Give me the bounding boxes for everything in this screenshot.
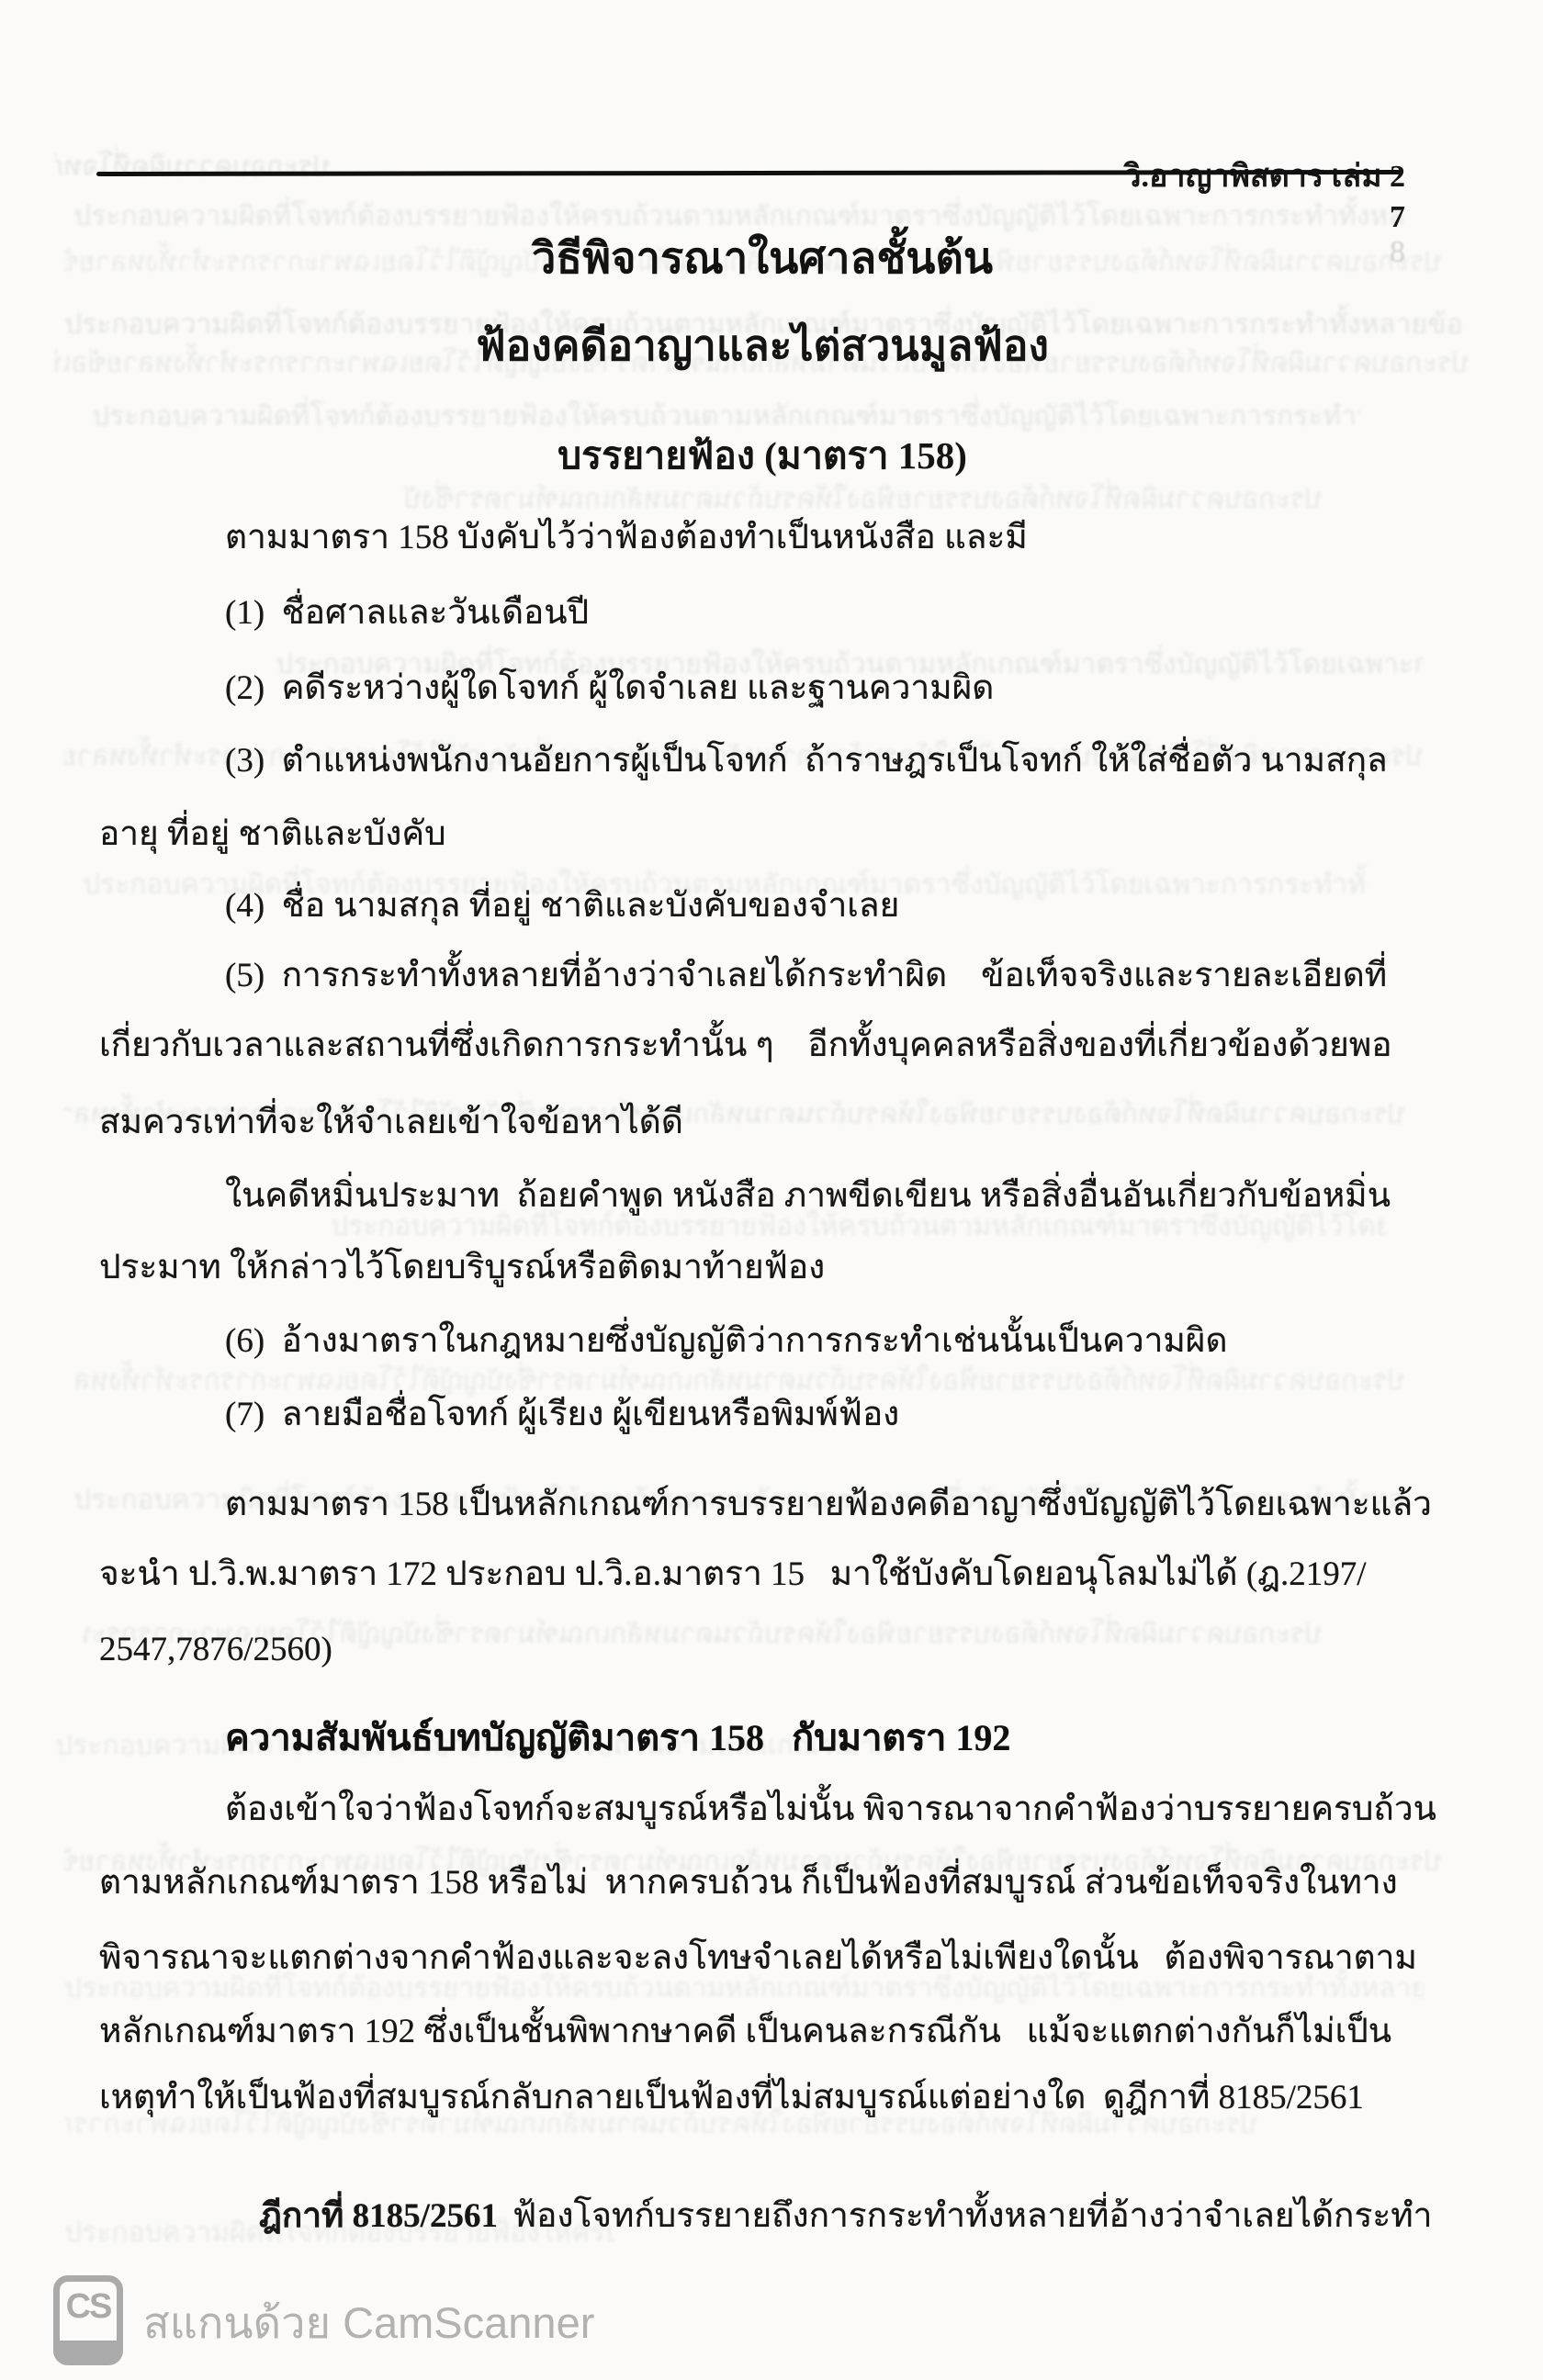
body-line: เกี่ยวกับเวลาและสถานที่ซึ่งเกิดการกระทำน… xyxy=(99,1025,1391,1067)
body-line-item-1: (1) ชื่อศาลและวันเดือนปี xyxy=(225,592,589,634)
body-line: เหตุทำให้เป็นฟ้องที่สมบูรณ์กลับกลายเป็นฟ… xyxy=(99,2077,1364,2119)
camscanner-logo-icon: CS xyxy=(53,2275,123,2365)
relation-heading: ความสัมพันธ์บทบัญญัติมาตรา 158 กับมาตรา … xyxy=(225,1715,1010,1761)
body-line-item-5: (5) การกระทำทั้งหลายที่อ้างว่าจำเลยได้กร… xyxy=(225,955,1387,997)
body-line: หลักเกณฑ์มาตรา 192 ซึ่งเป็นชั้นพิพากษาคด… xyxy=(99,2011,1391,2053)
section-heading: บรรยายฟ้อง (มาตรา 158) xyxy=(0,426,1525,486)
chapter-title: วิธีพิจารณาในศาลชั้นต้น xyxy=(0,223,1525,292)
supreme-court-case-line: ฎีกาที่ 8185/2561ฟ้องโจทก์บรรยายถึงการกร… xyxy=(225,2153,1432,2281)
body-line: จะนำ ป.วิ.พ.มาตรา 172 ประกอบ ป.วิ.อ.มาตร… xyxy=(99,1554,1367,1596)
scan-credit-text: สแกนด้วย CamScanner xyxy=(143,2288,594,2357)
body-line-item-4: (4) ชื่อ นามสกุล ที่อยู่ ชาติและบังคับขอ… xyxy=(225,885,899,927)
case-line-rest: ฟ้องโจทก์บรรยายถึงการกระทำทั้งหลายที่อ้า… xyxy=(512,2197,1432,2235)
book-title: วิ.อาญาพิสดาร เล่ม 2 xyxy=(1123,160,1405,194)
case-number-lead: ฎีกาที่ 8185/2561 xyxy=(259,2197,498,2235)
body-line-item-3: (3) ตำแหน่งพนักงานอัยการผู้เป็นโจทก์ ถ้า… xyxy=(225,740,1388,782)
body-line: ประมาท ให้กล่าวไว้โดยบริบูรณ์หรือติดมาท้… xyxy=(99,1247,825,1289)
body-line: พิจารณาจะแตกต่างจากคำฟ้องและจะลงโทษจำเลย… xyxy=(99,1937,1417,1980)
body-line: อายุ ที่อยู่ ชาติและบังคับ xyxy=(99,814,446,856)
camscanner-watermark: CS สแกนด้วย CamScanner xyxy=(53,2275,594,2365)
body-line: ในคดีหมิ่นประมาท ถ้อยคำพูด หนังสือ ภาพขี… xyxy=(225,1175,1391,1218)
body-line-item-7: (7) ลายมือชื่อโจทก์ ผู้เรียง ผู้เขียนหรื… xyxy=(225,1394,899,1436)
body-line: ต้องเข้าใจว่าฟ้องโจทก์จะสมบูรณ์หรือไม่นั… xyxy=(225,1789,1436,1831)
chapter-subtitle: ฟ้องคดีอาญาและไต่สวนมูลฟ้อง xyxy=(0,312,1525,379)
camscanner-logo-bar xyxy=(59,2341,118,2360)
camscanner-logo-letters: CS xyxy=(60,2287,117,2327)
body-line: สมควรเท่าที่จะให้จำเลยเข้าใจข้อหาได้ดี xyxy=(99,1102,683,1144)
body-line-item-2: (2) คดีระหว่างผู้ใดโจทก์ ผู้ใดจำเลย และฐ… xyxy=(225,668,994,710)
body-line: ตามมาตรา 158 บังคับไว้ว่าฟ้องต้องทำเป็นห… xyxy=(225,517,1028,559)
body-line: 2547,7876/2560) xyxy=(99,1629,332,1671)
scanned-document-page: ประกอบความผิดที่โจทก์ต้องบรรยายฟ้องให้คร… xyxy=(0,0,1543,2380)
body-line: ตามหลักเกณฑ์มาตรา 158 หรือไม่ หากครบถ้วน… xyxy=(99,1862,1398,1904)
body-line-item-6: (6) อ้างมาตราในกฎหมายซึ่งบัญญัติว่าการกร… xyxy=(225,1320,1228,1363)
body-line: ตามมาตรา 158 เป็นหลักเกณฑ์การบรรยายฟ้องค… xyxy=(225,1484,1432,1526)
